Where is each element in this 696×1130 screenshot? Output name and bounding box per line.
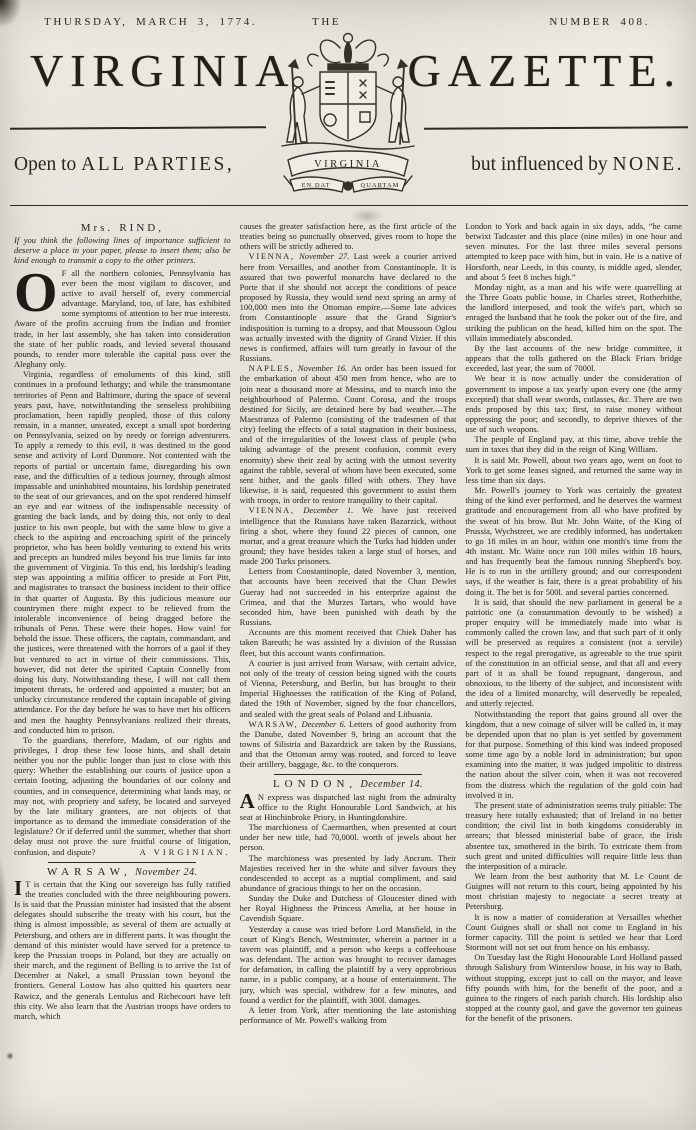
motto-left-caps: ALL PARTIES, [81, 154, 234, 175]
paragraph: The present state of administration seem… [465, 800, 682, 871]
dateline-place: NAPLES, [249, 363, 294, 373]
issue-number: NUMBER 408. [549, 16, 650, 28]
newspaper-page: THURSDAY, MARCH 3, 1774. THE NUMBER 408.… [0, 0, 696, 1130]
paragraph: On Tuesday last the Right Honourable Lor… [465, 952, 682, 1023]
section-heading: LONDON, December 14. [240, 779, 457, 790]
dateline-date: December 14. [357, 779, 423, 790]
divider-rule [274, 774, 422, 775]
paragraph: AN express was dispatched last night fro… [240, 792, 457, 822]
inline-dateline: WARSAW, December 6. [249, 719, 349, 729]
drop-cap: O [14, 268, 62, 316]
motto-right-text: but influenced by [471, 154, 612, 175]
ink-smudge [0, 855, 7, 980]
paragraph: VIENNA, December 1. We have just receive… [240, 505, 457, 566]
paragraph: The people of England pay, at this time,… [465, 434, 682, 454]
paragraph: It is said, that should the new parliame… [465, 597, 682, 709]
paragraph: VIENNA, November 27. Last week a courier… [240, 251, 457, 363]
letter-addressee: Mrs. RIND, [14, 223, 231, 233]
divider-rule [48, 862, 196, 863]
paragraph: It is said Mr. Powell, about two years a… [465, 455, 682, 485]
dateline-place: VIENNA, [249, 505, 295, 515]
emblem-motto-right: QUARTAM [361, 182, 400, 189]
paragraph: The marchioness was presented by lady An… [240, 853, 457, 894]
header-rule-left [10, 126, 266, 130]
motto-left: Open to ALL PARTIES, [14, 154, 234, 176]
masthead: THURSDAY, MARCH 3, 1774. THE NUMBER 408.… [0, 0, 696, 214]
dateline-date: November 24. [132, 867, 198, 878]
coat-of-arms-engraving: VIRGINIA EN DAT QUARTAM [272, 26, 424, 218]
paragraph: Accounts are this moment received that C… [240, 627, 457, 657]
issue-date: THURSDAY, MARCH 3, 1774. [44, 16, 257, 28]
paragraph: A courier is just arrived from Warsaw, w… [240, 658, 457, 719]
article-columns: Mrs. RIND,If you think the following lin… [14, 221, 682, 1093]
paragraph: Notwithstanding the report that gains gr… [465, 709, 682, 800]
dateline-date: December 1. [295, 505, 362, 515]
ink-smudge [0, 540, 9, 670]
paragraph: By the last accounts of the new bridge c… [465, 343, 682, 373]
virginia-coat-of-arms: VIRGINIA EN DAT QUARTAM [272, 26, 424, 218]
header-rule-right [424, 126, 688, 129]
paragraph: We learn from the best authority that M.… [465, 871, 682, 912]
column-2: causes the greater satisfaction here, as… [240, 221, 457, 1093]
column-3: London to York and back again in six day… [465, 221, 682, 1093]
dateline-date: December 6. [298, 719, 349, 729]
paragraph: A letter from York, after mentioning the… [240, 1005, 457, 1025]
dateline-place: WARSAW, [47, 866, 132, 878]
dateline-date: November 16. [294, 363, 351, 373]
dateline-place: VIENNA, [249, 251, 295, 261]
paragraph: Mr. Powell's journey to York was certain… [465, 485, 682, 597]
inline-dateline: NAPLES, November 16. [249, 363, 351, 373]
masthead-gazette: GAZETTE. [408, 44, 682, 97]
drop-cap: I [14, 879, 25, 898]
paragraph: WARSAW, December 6. Letters of good auth… [240, 719, 457, 770]
dateline-date: November 27. [295, 251, 354, 261]
drop-cap: A [240, 792, 258, 811]
paragraph: It is now a matter of consideration at V… [465, 912, 682, 953]
ink-smudge [6, 1052, 14, 1060]
masthead-virginia: VIRGINIA [30, 44, 296, 97]
motto-right: but influenced by NONE. [471, 154, 684, 176]
motto-right-caps: NONE. [612, 154, 684, 175]
paragraph: Monday night, as a man and his wife were… [465, 282, 682, 343]
paragraph: Yesterday a cause was tried before Lord … [240, 924, 457, 1005]
motto-left-text: Open to [14, 154, 81, 175]
paragraph: causes the greater satisfaction here, as… [240, 221, 457, 251]
paragraph: London to York and back again in six day… [465, 221, 682, 282]
paragraph: NAPLES, November 16. An order has been i… [240, 363, 457, 505]
inline-dateline: VIENNA, December 1. [249, 505, 362, 515]
paragraph: OF all the northern colonies, Pennsylvan… [14, 268, 231, 370]
section-heading: WARSAW, November 24. [14, 867, 231, 878]
signature: A VIRGINIAN. [131, 847, 231, 857]
dateline-place: WARSAW, [249, 719, 299, 729]
emblem-motto-left: EN DAT [302, 182, 331, 189]
paragraph: If you think the following lines of impo… [14, 235, 231, 265]
column-1: Mrs. RIND,If you think the following lin… [14, 221, 231, 1093]
paragraph: Virginia, regardless of emoluments of th… [14, 369, 231, 735]
paragraph: Letters from Constantinople, dated Novem… [240, 566, 457, 627]
inline-dateline: VIENNA, November 27. [249, 251, 354, 261]
dateline-place: LONDON, [273, 778, 357, 790]
emblem-banner-text: VIRGINIA [314, 159, 382, 170]
paragraph: The marchioness of Caermarthen, when pre… [240, 822, 457, 852]
paragraph: We hear it is now actually under the con… [465, 373, 682, 434]
paragraph: IT is certain that the King our sovereig… [14, 879, 231, 1021]
paragraph: Sunday the Duke and Dutchess of Gloucest… [240, 893, 457, 923]
paragraph: To the guardians, therefore, Madam, of o… [14, 735, 231, 857]
